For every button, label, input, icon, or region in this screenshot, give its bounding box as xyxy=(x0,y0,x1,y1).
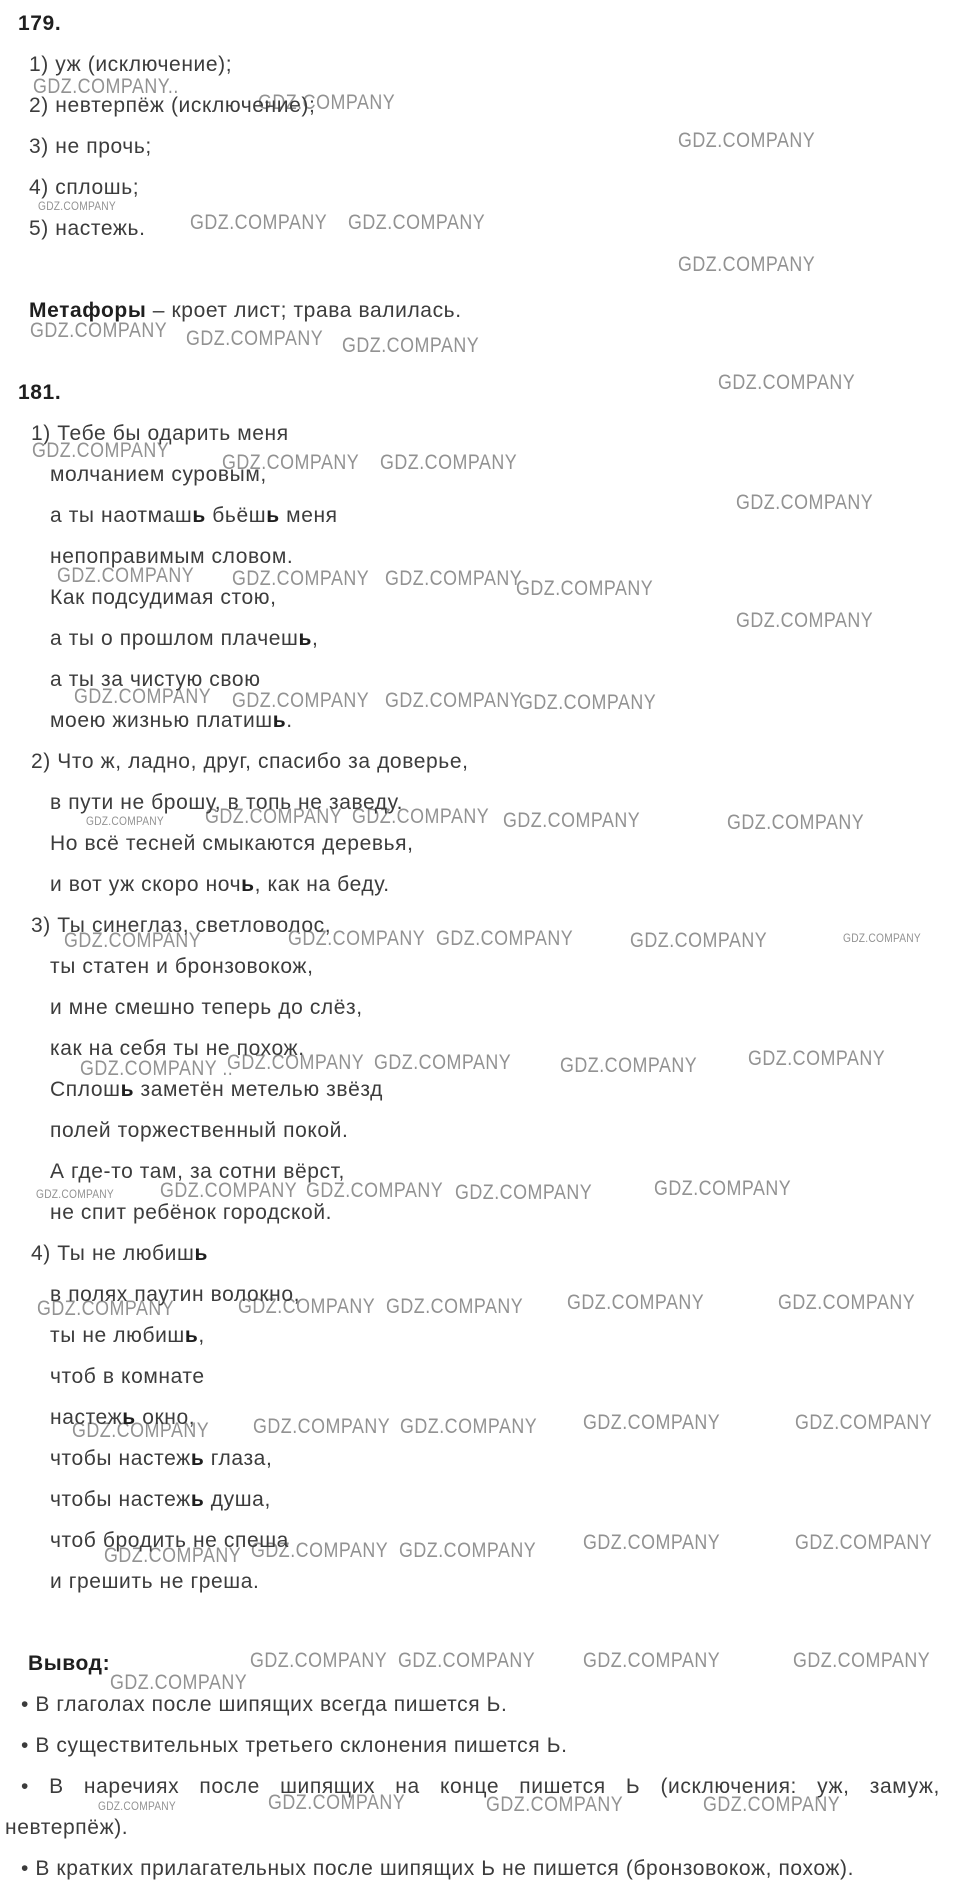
text-segment: 4) сплошь; xyxy=(29,176,139,199)
bold-text-segment: Метафоры xyxy=(29,299,146,322)
text-segment: не спит ребёнок городской. xyxy=(50,1201,332,1224)
poem-line: А где-то там, за сотни вёрст, xyxy=(0,1151,954,1192)
bold-text-segment: ь xyxy=(241,873,255,896)
section-heading: Вывод: xyxy=(0,1643,954,1684)
text-segment: чтобы настеж xyxy=(50,1488,191,1511)
text-segment: • В кратких прилагательных после шипящих… xyxy=(21,1857,854,1880)
text-segment: чтобы настеж xyxy=(50,1447,191,1470)
text-line: 3) не прочь; xyxy=(0,126,954,167)
poem-line: ты не любишь, xyxy=(0,1315,954,1356)
bold-text-segment: Вывод: xyxy=(28,1652,110,1675)
bold-text-segment: ь xyxy=(191,1447,205,1470)
text-segment: молчанием суровым, xyxy=(50,463,267,486)
text-segment: , как на беду. xyxy=(255,873,390,896)
poem-line: а ты о прошлом плачешь, xyxy=(0,618,954,659)
text-segment: 3) Ты синеглаз, светловолос, xyxy=(31,914,331,937)
text-segment: моею жизнью платиш xyxy=(50,709,273,732)
text-segment: 5) настежь. xyxy=(29,217,146,240)
poem-line: чтобы настежь глаза, xyxy=(0,1438,954,1479)
conclusion-bullet: • В глаголах после шипящих всегда пишетс… xyxy=(0,1684,954,1725)
text-segment: Как подсудимая стою, xyxy=(50,586,277,609)
text-segment: , xyxy=(312,627,318,650)
text-segment: а ты о прошлом плачеш xyxy=(50,627,299,650)
bold-text-segment: ь xyxy=(266,504,280,527)
text-segment: – кроет лист; трава валилась. xyxy=(146,299,461,322)
text-segment: 3) не прочь; xyxy=(29,135,152,158)
poem-line: Как подсудимая стою, xyxy=(0,577,954,618)
text-segment: и вот уж скоро ноч xyxy=(50,873,241,896)
bold-text-segment: ь xyxy=(194,1242,208,1265)
poem-line: моею жизнью платишь. xyxy=(0,700,954,741)
text-segment: • В глаголах после шипящих всегда пишетс… xyxy=(21,1693,507,1716)
poem-line: настежь окно, xyxy=(0,1397,954,1438)
blank-line xyxy=(0,249,954,290)
text-segment: , xyxy=(198,1324,204,1347)
poem-line: 1) Тебе бы одарить меня xyxy=(0,413,954,454)
document-content: 179.1) уж (исключение);2) невтерпёж (иск… xyxy=(0,0,954,1889)
poem-line: Но всё тесней смыкаются деревья, xyxy=(0,823,954,864)
text-segment: . xyxy=(286,709,292,732)
text-segment: непоправимым словом. xyxy=(50,545,293,568)
conclusion-bullet: • В кратких прилагательных после шипящих… xyxy=(0,1848,954,1889)
text-segment: 2) Что ж, ладно, друг, спасибо за доверь… xyxy=(31,750,469,773)
poem-line: 2) Что ж, ладно, друг, спасибо за доверь… xyxy=(0,741,954,782)
text-segment: чтоб в комнате xyxy=(50,1365,205,1388)
blank-line xyxy=(0,1602,954,1643)
section-heading: 179. xyxy=(0,3,954,44)
text-segment: А где-то там, за сотни вёрст, xyxy=(50,1160,345,1183)
text-segment: окно, xyxy=(136,1406,195,1429)
poem-line: 4) Ты не любишь xyxy=(0,1233,954,1274)
text-segment: полей торжественный покой. xyxy=(50,1119,348,1142)
bold-text-segment: 179. xyxy=(18,12,61,35)
bold-text-segment: 181. xyxy=(18,381,61,404)
text-segment: • В наречиях после шипящих на конце пише… xyxy=(21,1775,940,1798)
poem-line: ты статен и бронзовокож, xyxy=(0,946,954,987)
text-segment: как на себя ты не похож. xyxy=(50,1037,305,1060)
poem-line: Сплошь заметён метелью звёзд xyxy=(0,1069,954,1110)
poem-line: в полях паутин волокно, xyxy=(0,1274,954,1315)
conclusion-bullet: • В наречиях после шипящих на конце пише… xyxy=(0,1766,954,1807)
text-segment: а ты наотмаш xyxy=(50,504,192,527)
bold-text-segment: ь xyxy=(191,1488,205,1511)
text-segment: и мне смешно теперь до слёз, xyxy=(50,996,363,1019)
text-line: Метафоры – кроет лист; трава валилась. xyxy=(0,290,954,331)
poem-line: чтобы настежь душа, xyxy=(0,1479,954,1520)
text-line: 2) невтерпёж (исключение); xyxy=(0,85,954,126)
bold-text-segment: ь xyxy=(273,709,287,732)
text-segment: душа, xyxy=(204,1488,271,1511)
text-segment: глаза, xyxy=(204,1447,272,1470)
text-segment: Сплош xyxy=(50,1078,121,1101)
text-segment: 2) невтерпёж (исключение); xyxy=(29,94,315,117)
section-heading: 181. xyxy=(0,372,954,413)
conclusion-bullet: • В существительных третьего склонения п… xyxy=(0,1725,954,1766)
text-segment: меня xyxy=(280,504,338,527)
bold-text-segment: ь xyxy=(121,1078,135,1101)
bold-text-segment: ь xyxy=(185,1324,199,1347)
text-segment: ты не любиш xyxy=(50,1324,185,1347)
blank-line xyxy=(0,331,954,372)
conclusion-bullet: невтерпёж). xyxy=(0,1807,954,1848)
text-segment: невтерпёж). xyxy=(5,1816,128,1839)
poem-line: и вот уж скоро ночь, как на беду. xyxy=(0,864,954,905)
poem-line: а ты за чистую свою xyxy=(0,659,954,700)
text-segment: заметён метелью звёзд xyxy=(134,1078,383,1101)
poem-line: 3) Ты синеглаз, светловолос, xyxy=(0,905,954,946)
text-line: 1) уж (исключение); xyxy=(0,44,954,85)
bold-text-segment: ь xyxy=(192,504,206,527)
text-segment: 1) Тебе бы одарить меня xyxy=(31,422,289,445)
poem-line: а ты наотмашь бьёшь меня xyxy=(0,495,954,536)
text-segment: ты статен и бронзовокож, xyxy=(50,955,314,978)
text-segment: чтоб бродить не спеша xyxy=(50,1529,289,1552)
text-segment: в полях паутин волокно, xyxy=(50,1283,300,1306)
poem-line: и грешить не греша. xyxy=(0,1561,954,1602)
poem-line: в пути не брошу, в топь не заведу. xyxy=(0,782,954,823)
text-segment: а ты за чистую свою xyxy=(50,668,261,691)
text-segment: бьёш xyxy=(206,504,266,527)
text-segment: 4) Ты не любиш xyxy=(31,1242,194,1265)
text-segment: настеж xyxy=(50,1406,122,1429)
poem-line: молчанием суровым, xyxy=(0,454,954,495)
text-segment: и грешить не греша. xyxy=(50,1570,259,1593)
poem-line: как на себя ты не похож. xyxy=(0,1028,954,1069)
poem-line: полей торжественный покой. xyxy=(0,1110,954,1151)
text-segment: • В существительных третьего склонения п… xyxy=(21,1734,568,1757)
poem-line: и мне смешно теперь до слёз, xyxy=(0,987,954,1028)
bold-text-segment: ь xyxy=(122,1406,136,1429)
text-segment: в пути не брошу, в топь не заведу. xyxy=(50,791,403,814)
poem-line: чтоб бродить не спеша xyxy=(0,1520,954,1561)
poem-line: не спит ребёнок городской. xyxy=(0,1192,954,1233)
document-page: GDZ.COMPANY..GDZ.COMPANYGDZ.COMPANYGDZ.C… xyxy=(0,0,954,1897)
poem-line: чтоб в комнате xyxy=(0,1356,954,1397)
text-segment: 1) уж (исключение); xyxy=(29,53,232,76)
text-line: 4) сплошь; xyxy=(0,167,954,208)
bold-text-segment: ь xyxy=(299,627,313,650)
poem-line: непоправимым словом. xyxy=(0,536,954,577)
text-segment: Но всё тесней смыкаются деревья, xyxy=(50,832,414,855)
text-line: 5) настежь. xyxy=(0,208,954,249)
